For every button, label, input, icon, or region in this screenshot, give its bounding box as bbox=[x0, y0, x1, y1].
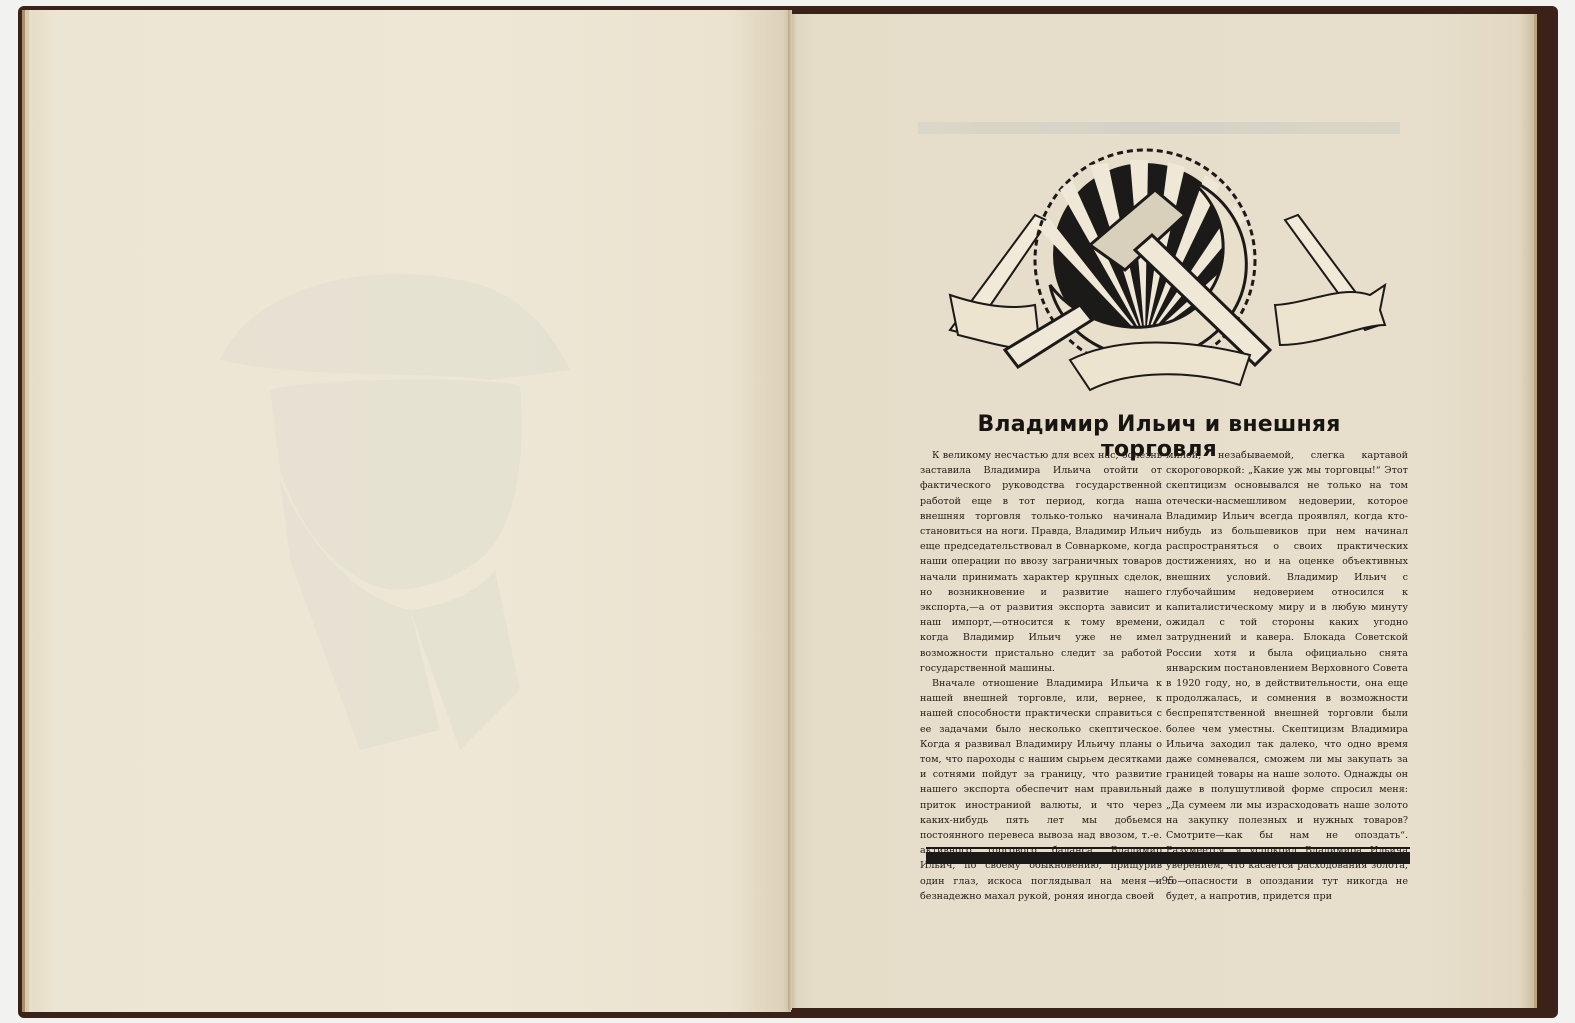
text-column-1: К великому несчастью для всех нас, болез… bbox=[920, 448, 1162, 904]
page-number: — 95 — bbox=[1118, 876, 1218, 887]
header-band bbox=[918, 122, 1400, 134]
footer-rule-thick bbox=[926, 852, 1410, 864]
paragraph: К великому несчастью для всех нас, болез… bbox=[920, 448, 1162, 676]
paragraph: Вначале отношение Владимира Ильича к наш… bbox=[920, 676, 1162, 904]
emblem-ornament-icon bbox=[940, 135, 1390, 397]
text-column-2: милой, незабываемой, слегка картавой ско… bbox=[1166, 448, 1408, 904]
faint-portrait-image bbox=[160, 210, 630, 770]
paragraph: милой, незабываемой, слегка картавой ско… bbox=[1166, 448, 1408, 904]
footer-rule-thin bbox=[926, 847, 1410, 849]
